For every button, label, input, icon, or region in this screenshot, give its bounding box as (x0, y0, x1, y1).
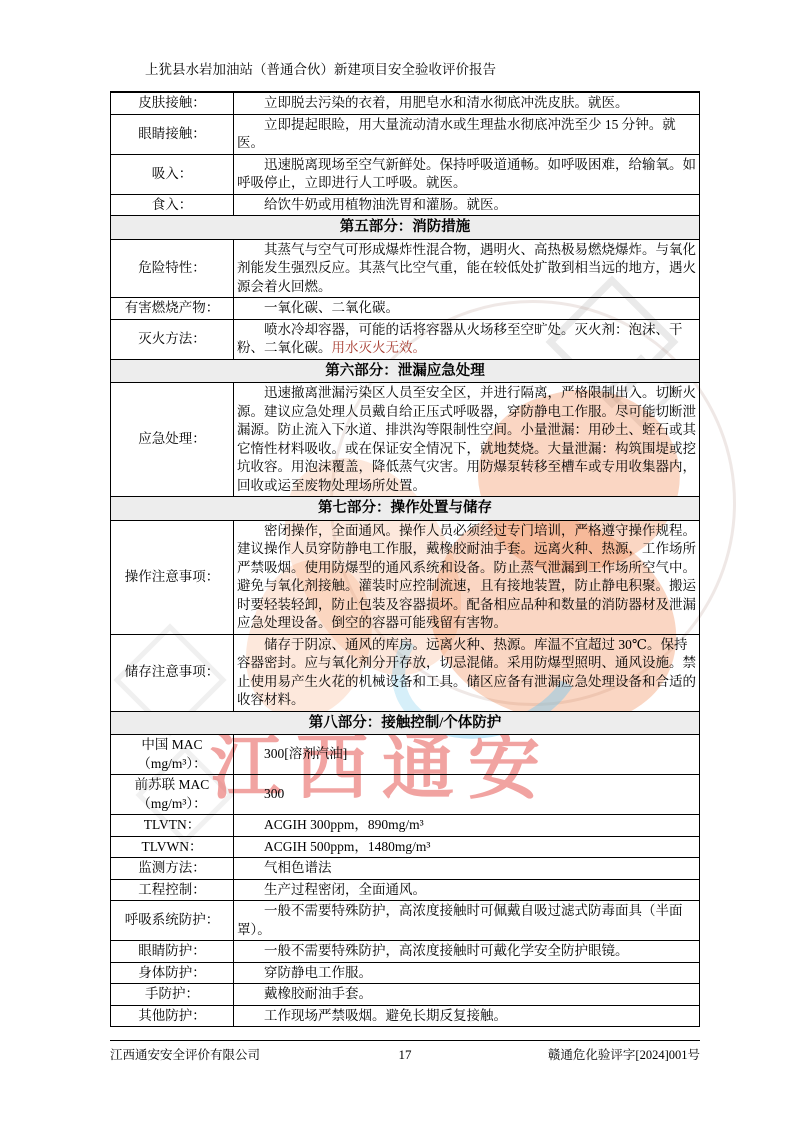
footer-doc-number: 赣通危化验评字[2024]001号 (412, 1045, 701, 1063)
table-row: 应急处理：迅速撤离泄漏污染区人员至安全区，并进行隔离，严格限制出入。切断火源。建… (111, 383, 700, 497)
content-text: 其蒸气与空气可形成爆炸性混合物，遇明火、高热极易燃烧爆炸。与氧化剂能发生强烈反应… (237, 242, 696, 294)
row-label: 储存注意事项： (111, 634, 234, 711)
row-content: 给饮牛奶或用植物油洗胃和灌肠。就医。 (234, 194, 700, 216)
content-text: 迅速脱离现场至空气新鲜处。保持呼吸道通畅。如呼吸困难，给输氧。如呼吸停止，立即进… (237, 157, 696, 191)
table-row: 危险特性：其蒸气与空气可形成爆炸性混合物，遇明火、高热极易燃烧爆炸。与氧化剂能发… (111, 239, 700, 298)
row-content: 储存于阴凉、通风的库房。远离火种、热源。库温不宜超过 30℃。保持容器密封。应与… (234, 634, 700, 711)
row-label: 身体防护： (111, 962, 234, 984)
table-row: 吸入：迅速脱离现场至空气新鲜处。保持呼吸道通畅。如呼吸困难，给输氧。如呼吸停止，… (111, 154, 700, 194)
row-content: 喷水冷却容器，可能的话将容器从火场移至空旷处。灭火剂：泡沫、干粉、二氧化碳。用水… (234, 319, 700, 359)
content-text: 穿防静电工作服。 (264, 965, 372, 980)
content-text: 一氧化碳、二氧化碳。 (264, 300, 399, 315)
row-label: 皮肤接触： (111, 92, 234, 114)
row-label: 危险特性： (111, 239, 234, 298)
section-title: 第五部分：消防措施 (111, 216, 700, 240)
row-label: 工程控制： (111, 879, 234, 901)
row-label: 眼睛防护： (111, 941, 234, 963)
row-label: 应急处理： (111, 383, 234, 497)
table-row: 有害燃烧产物：一氧化碳、二氧化碳。 (111, 298, 700, 320)
section-title: 第七部分：操作处置与储存 (111, 497, 700, 521)
content-text: 工作现场严禁吸烟。避免长期反复接触。 (264, 1008, 507, 1023)
footer-company-name: 江西通安安全评价有限公司 (110, 1045, 399, 1063)
content-text: 立即脱去污染的衣着，用肥皂水和清水彻底冲洗皮肤。就医。 (264, 95, 629, 110)
row-content: 300 (234, 775, 700, 815)
content-text: 戴橡胶耐油手套。 (264, 986, 372, 1001)
row-label: 监测方法： (111, 858, 234, 880)
section-title: 第八部分：接触控制/个体防护 (111, 711, 700, 735)
table-section-header: 第七部分：操作处置与储存 (111, 497, 700, 521)
table-row: 中国 MAC（mg/m³）：300[溶剂汽油] (111, 735, 700, 775)
row-content: ACGIH 500ppm，1480mg/m³ (234, 836, 700, 858)
row-label: 前苏联 MAC（mg/m³）： (111, 775, 234, 815)
table-row: 皮肤接触：立即脱去污染的衣着，用肥皂水和清水彻底冲洗皮肤。就医。 (111, 92, 700, 114)
content-text: 气相色谱法 (264, 860, 332, 875)
table-row: TLVTN：ACGIH 300ppm，890mg/m³ (111, 815, 700, 837)
table-section-header: 第八部分：接触控制/个体防护 (111, 711, 700, 735)
table-row: 前苏联 MAC（mg/m³）：300 (111, 775, 700, 815)
row-content: 一氧化碳、二氧化碳。 (234, 298, 700, 320)
table-row: 眼睛接触：立即提起眼睑，用大量流动清水或生理盐水彻底冲洗至少 15 分钟。就医。 (111, 114, 700, 154)
table-row: 呼吸系统防护：一般不需要特殊防护，高浓度接触时可佩戴自吸过滤式防毒面具（半面罩）… (111, 901, 700, 941)
row-label: TLVTN： (111, 815, 234, 837)
table-row: 眼睛防护：一般不需要特殊防护，高浓度接触时可戴化学安全防护眼镜。 (111, 941, 700, 963)
page-footer: 江西通安安全评价有限公司 17 赣通危化验评字[2024]001号 (110, 1040, 700, 1063)
row-content: 一般不需要特殊防护，高浓度接触时可佩戴自吸过滤式防毒面具（半面罩）。 (234, 901, 700, 941)
row-label: 吸入： (111, 154, 234, 194)
content-text: 密闭操作，全面通风。操作人员必须经过专门培训，严格遵守操作规程。建议操作人员穿防… (237, 523, 696, 631)
content-text: ACGIH 500ppm，1480mg/m³ (264, 839, 430, 854)
content-text: 300 (264, 786, 284, 801)
table-section-header: 第六部分：泄漏应急处理 (111, 359, 700, 383)
content-text: 生产过程密闭，全面通风。 (264, 882, 426, 897)
table-row: 食入：给饮牛奶或用植物油洗胃和灌肠。就医。 (111, 194, 700, 216)
row-label: TLVWN： (111, 836, 234, 858)
row-content: 立即脱去污染的衣着，用肥皂水和清水彻底冲洗皮肤。就医。 (234, 92, 700, 114)
content-text: 一般不需要特殊防护，高浓度接触时可戴化学安全防护眼镜。 (264, 943, 629, 958)
row-content: 300[溶剂汽油] (234, 735, 700, 775)
table-row: 手防护：戴橡胶耐油手套。 (111, 984, 700, 1006)
row-label: 其他防护： (111, 1005, 234, 1027)
table-row: 储存注意事项：储存于阴凉、通风的库房。远离火种、热源。库温不宜超过 30℃。保持… (111, 634, 700, 711)
content-text: 一般不需要特殊防护，高浓度接触时可佩戴自吸过滤式防毒面具（半面罩）。 (237, 903, 683, 937)
row-content: 戴橡胶耐油手套。 (234, 984, 700, 1006)
table-section-header: 第五部分：消防措施 (111, 216, 700, 240)
row-content: 生产过程密闭，全面通风。 (234, 879, 700, 901)
row-label: 操作注意事项： (111, 520, 234, 634)
content-text: 迅速撤离泄漏污染区人员至安全区，并进行隔离，严格限制出入。切断火源。建议应急处理… (237, 385, 696, 493)
content-text: 储存于阴凉、通风的库房。远离火种、热源。库温不宜超过 30℃。保持容器密封。应与… (237, 637, 696, 708)
emphasized-text: 用水灭火无效。 (332, 340, 427, 355)
row-label: 呼吸系统防护： (111, 901, 234, 941)
row-label: 眼睛接触： (111, 114, 234, 154)
table-row: 灭火方法：喷水冷却容器，可能的话将容器从火场移至空旷处。灭火剂：泡沫、干粉、二氧… (111, 319, 700, 359)
table-row: 操作注意事项：密闭操作，全面通风。操作人员必须经过专门培训，严格遵守操作规程。建… (111, 520, 700, 634)
row-label: 手防护： (111, 984, 234, 1006)
row-content: 迅速撤离泄漏污染区人员至安全区，并进行隔离，严格限制出入。切断火源。建议应急处理… (234, 383, 700, 497)
row-content: 工作现场严禁吸烟。避免长期反复接触。 (234, 1005, 700, 1027)
msds-table: 皮肤接触：立即脱去污染的衣着，用肥皂水和清水彻底冲洗皮肤。就医。眼睛接触：立即提… (110, 91, 700, 1027)
row-label: 食入： (111, 194, 234, 216)
content-text: 立即提起眼睑，用大量流动清水或生理盐水彻底冲洗至少 15 分钟。就医。 (237, 117, 676, 151)
row-label: 灭火方法： (111, 319, 234, 359)
page-title: 上犹县水岩加油站（普通合伙）新建项目安全验收评价报告 (145, 58, 496, 78)
row-label: 有害燃烧产物： (111, 298, 234, 320)
row-content: 立即提起眼睑，用大量流动清水或生理盐水彻底冲洗至少 15 分钟。就医。 (234, 114, 700, 154)
row-content: 一般不需要特殊防护，高浓度接触时可戴化学安全防护眼镜。 (234, 941, 700, 963)
row-content: ACGIH 300ppm，890mg/m³ (234, 815, 700, 837)
row-content: 气相色谱法 (234, 858, 700, 880)
row-content: 其蒸气与空气可形成爆炸性混合物，遇明火、高热极易燃烧爆炸。与氧化剂能发生强烈反应… (234, 239, 700, 298)
row-content: 密闭操作，全面通风。操作人员必须经过专门培训，严格遵守操作规程。建议操作人员穿防… (234, 520, 700, 634)
table-row: 监测方法：气相色谱法 (111, 858, 700, 880)
footer-page-number: 17 (399, 1047, 412, 1063)
content-text: 给饮牛奶或用植物油洗胃和灌肠。就医。 (264, 197, 507, 212)
row-content: 迅速脱离现场至空气新鲜处。保持呼吸道通畅。如呼吸困难，给输氧。如呼吸停止，立即进… (234, 154, 700, 194)
table-row: 工程控制：生产过程密闭，全面通风。 (111, 879, 700, 901)
table-row: TLVWN：ACGIH 500ppm，1480mg/m³ (111, 836, 700, 858)
document-page: 江西通安 上犹县水岩加油站（普通合伙）新建项目安全验收评价报告 皮肤接触：立即脱… (0, 0, 793, 1122)
table-row: 其他防护：工作现场严禁吸烟。避免长期反复接触。 (111, 1005, 700, 1027)
row-content: 穿防静电工作服。 (234, 962, 700, 984)
content-text: 喷水冷却容器，可能的话将容器从火场移至空旷处。灭火剂：泡沫、干粉、二氧化碳。 (237, 322, 683, 356)
content-text: ACGIH 300ppm，890mg/m³ (264, 817, 424, 832)
content-text: 300[溶剂汽油] (264, 746, 347, 761)
table-row: 身体防护：穿防静电工作服。 (111, 962, 700, 984)
row-label: 中国 MAC（mg/m³）： (111, 735, 234, 775)
section-title: 第六部分：泄漏应急处理 (111, 359, 700, 383)
